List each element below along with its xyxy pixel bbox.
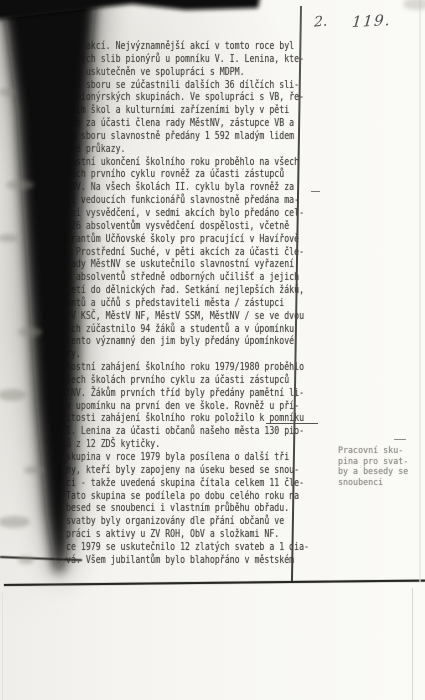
scanned-document-page: ých akcí. Nejvýznamnější akcí v tomto ro… [0, 0, 425, 700]
scan-shadow-overlay [0, 0, 425, 700]
corner-smudge [403, 0, 425, 10]
